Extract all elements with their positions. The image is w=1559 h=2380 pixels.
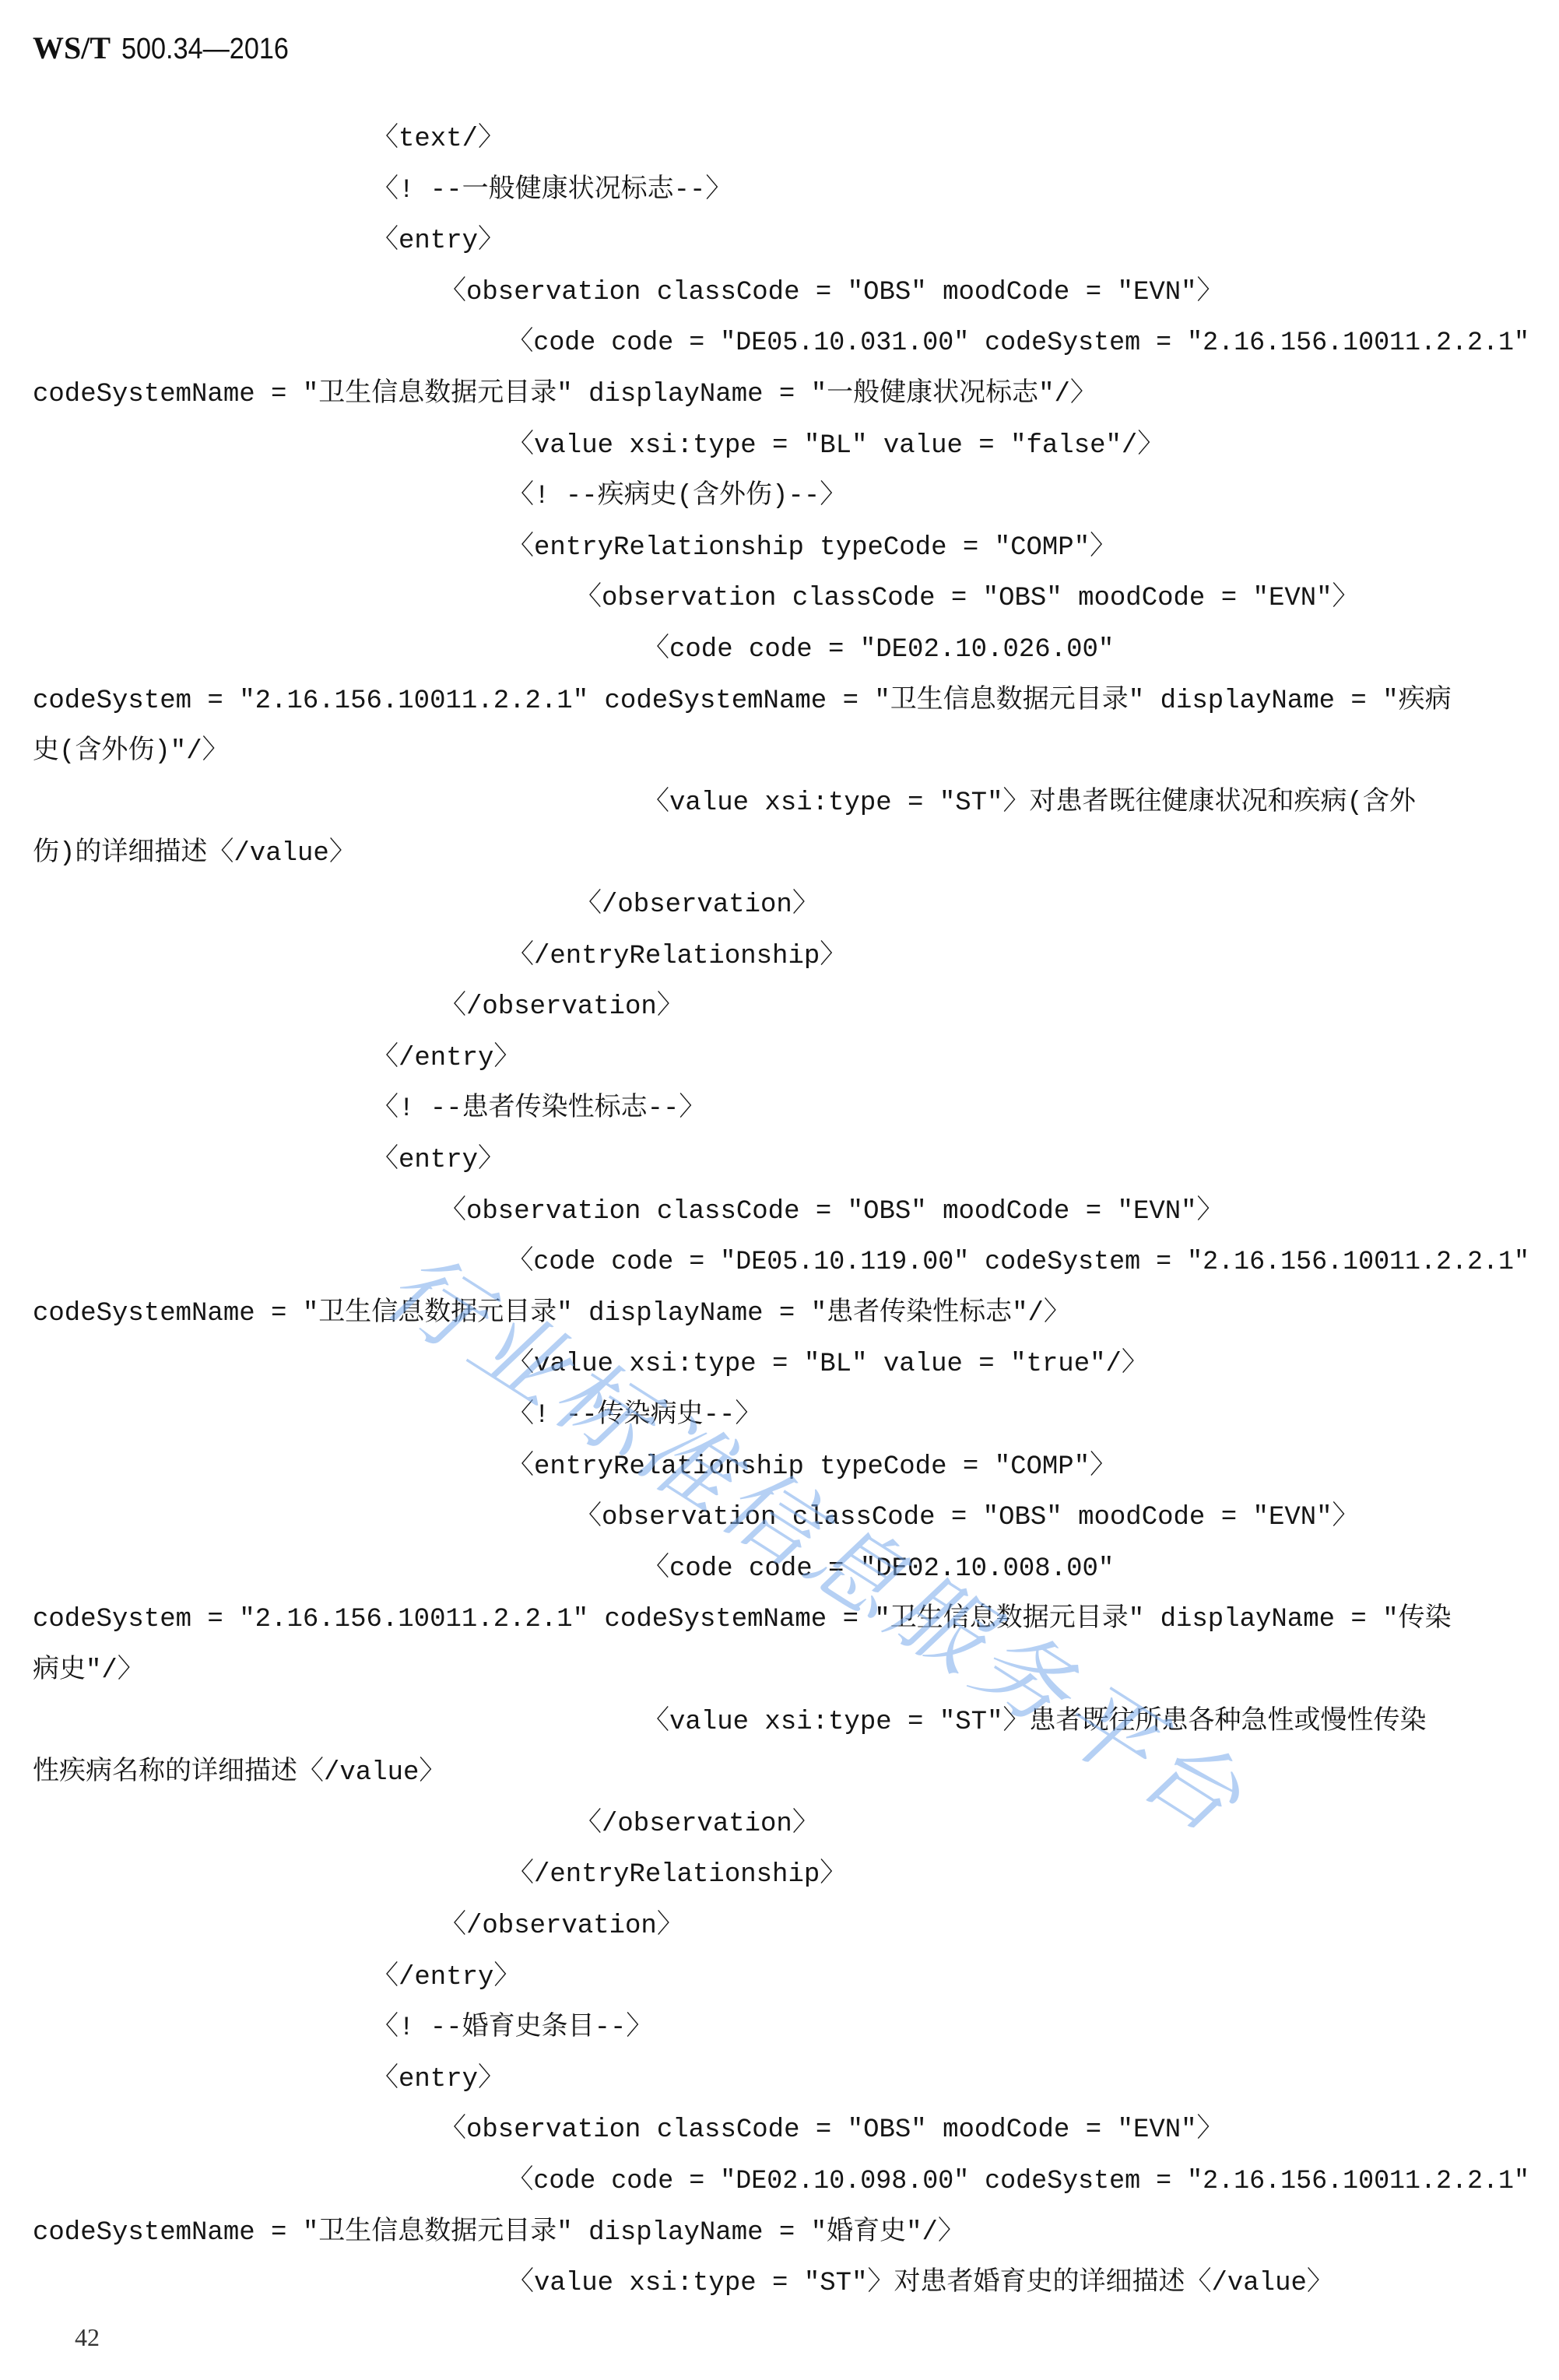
code-line: 〈/observation〉: [575, 879, 819, 931]
code-line: codeSystem = "2.16.156.10011.2.2.1" code…: [33, 1594, 1452, 1645]
code-line: 〈value xsi:type = "ST"〉对患者婚育史的详细描述〈/valu…: [507, 2258, 1333, 2309]
code-line: 〈! --婚育史条目--〉: [372, 2003, 652, 2054]
code-line: 〈/entry〉: [372, 1033, 520, 1084]
code-line: 〈text/〉: [372, 114, 504, 165]
code-line: 〈/observation〉: [440, 1901, 683, 1952]
code-line: 〈code code = "DE02.10.026.00": [643, 624, 1114, 676]
code-line: codeSystemName = "卫生信息数据元目录" displayName…: [33, 1288, 1070, 1339]
code-line: 〈observation classCode = "OBS" moodCode …: [440, 1186, 1224, 1237]
code-line: codeSystem = "2.16.156.10011.2.2.1" code…: [33, 676, 1452, 727]
code-line: 〈! --一般健康状况标志--〉: [372, 165, 732, 216]
code-line: 〈/entryRelationship〉: [507, 931, 846, 982]
code-line: 〈code code = "DE02.10.008.00": [643, 1543, 1114, 1595]
standard-prefix: WS/T: [33, 30, 111, 65]
code-line: 〈value xsi:type = "ST"〉患者既往所患各种急性或慢性传染: [643, 1697, 1426, 1748]
code-line: 〈code code = "DE02.10.098.00" codeSystem…: [507, 2156, 1529, 2207]
code-line: 〈! --疾病史(含外伤)--〉: [507, 471, 846, 522]
code-line: 〈observation classCode = "OBS" moodCode …: [440, 267, 1224, 318]
code-line: 〈/observation〉: [440, 981, 683, 1033]
code-line: 〈entryRelationship typeCode = "COMP"〉: [507, 1441, 1116, 1493]
code-line: 〈value xsi:type = "BL" value = "true"/〉: [507, 1339, 1148, 1390]
standard-number: 500.34—2016: [121, 33, 289, 66]
code-line: 〈entry〉: [372, 216, 504, 267]
document-header: WS/T500.34—2016: [33, 30, 307, 66]
code-line: 〈observation classCode = "OBS" moodCode …: [575, 573, 1359, 624]
code-line: 伤)的详细描述〈/value〉: [33, 828, 356, 879]
code-line: 〈/entryRelationship〉: [507, 1849, 846, 1901]
code-line: 〈entry〉: [372, 2054, 504, 2105]
code-line: 〈! --传染病史--〉: [507, 1390, 761, 1441]
page-number: 42: [75, 2323, 100, 2352]
code-line: codeSystemName = "卫生信息数据元目录" displayName…: [33, 2207, 964, 2259]
code-line: 史(含外伤)"/〉: [33, 726, 229, 778]
code-line: 〈observation classCode = "OBS" moodCode …: [440, 2104, 1224, 2156]
code-line: 〈/entry〉: [372, 1952, 520, 2003]
code-line: 〈entry〉: [372, 1135, 504, 1186]
code-line: 〈observation classCode = "OBS" moodCode …: [575, 1492, 1359, 1543]
code-line: 〈entryRelationship typeCode = "COMP"〉: [507, 522, 1116, 574]
code-line: 〈value xsi:type = "BL" value = "false"/〉: [507, 420, 1164, 472]
code-line: 〈code code = "DE05.10.031.00" codeSystem…: [507, 318, 1529, 369]
code-line: 病史"/〉: [33, 1645, 144, 1697]
code-line: 性疾病名称的详细描述〈/value〉: [33, 1747, 445, 1799]
code-line: 〈! --患者传染性标志--〉: [372, 1083, 705, 1135]
code-line: 〈/observation〉: [575, 1799, 819, 1850]
code-line: codeSystemName = "卫生信息数据元目录" displayName…: [33, 369, 1097, 420]
code-line: 〈code code = "DE05.10.119.00" codeSystem…: [507, 1237, 1529, 1288]
code-line: 〈value xsi:type = "ST"〉对患者既往健康状况和疾病(含外: [643, 778, 1416, 829]
